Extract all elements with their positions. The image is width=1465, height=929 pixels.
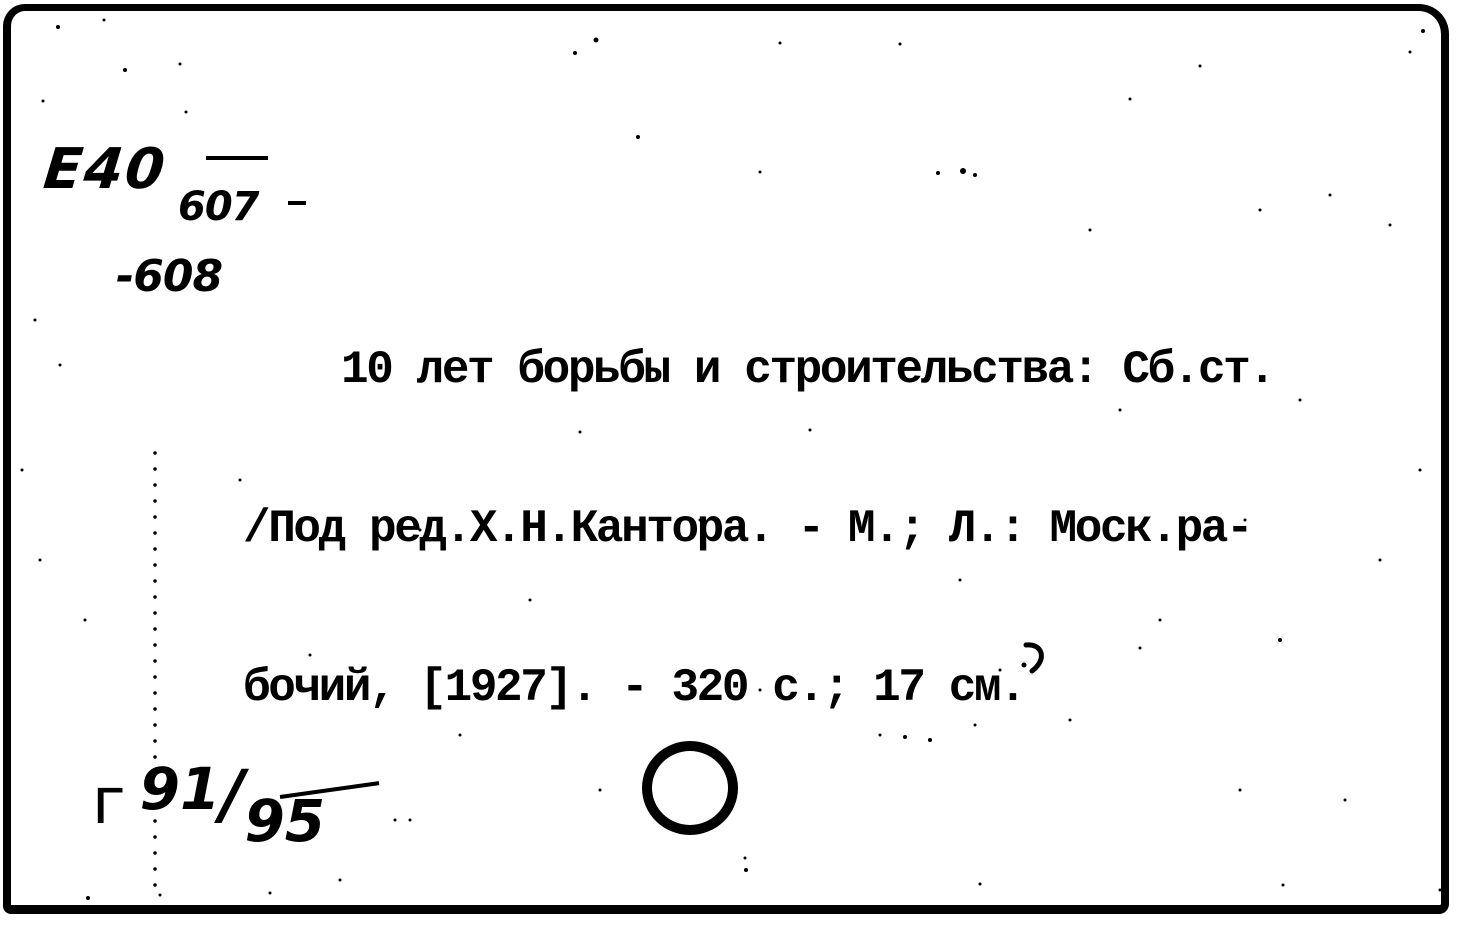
record-line-3: бочий, [1927]. - 320 с.; 17 см. xyxy=(243,662,1274,715)
bibliographic-record: 10 лет борьбы и строительства: Сб.ст. /П… xyxy=(243,238,1274,768)
arc-mark-icon xyxy=(1020,641,1050,675)
inventory-mark: г91/95 xyxy=(92,768,325,834)
inventory-numerator: 91 xyxy=(140,755,221,823)
shelf-mark-sub-2: -608 xyxy=(116,255,222,299)
inventory-prefix: г xyxy=(92,765,126,839)
shelf-mark-sub-1: 607 xyxy=(178,187,259,227)
circle-icon xyxy=(642,741,738,835)
record-line-1: 10 лет борьбы и строительства: Сб.ст. xyxy=(243,344,1274,397)
shelf-mark-overline xyxy=(206,156,268,160)
inventory-slash: / xyxy=(220,756,244,833)
record-line-2: /Под ред.Х.Н.Кантора. - М.; Л.: Моск.ра- xyxy=(243,503,1274,556)
shelf-mark-dash xyxy=(288,201,306,205)
shelf-mark-main: Е40 xyxy=(41,142,169,198)
